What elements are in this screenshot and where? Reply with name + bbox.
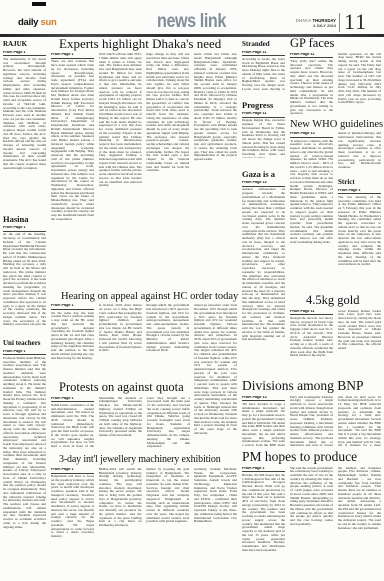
article-gaza: Gaza is a From Page 12updated ambassador… — [242, 170, 285, 365]
story-column: Party and Gananagttar Andolon strongly o… — [290, 396, 333, 446]
headline-stranded: Stranded — [242, 41, 285, 49]
story-column: the landless and homeless people. Five d… — [338, 467, 381, 577]
page-number-divider — [339, 13, 340, 32]
article-uni-teachers: Uni teachers From Page 1Professor Shaful… — [3, 340, 46, 568]
frompage-rajuk: From Page 1 — [3, 51, 46, 57]
headline-gold: 4.5kg gold — [290, 294, 381, 308]
story-column: From Page 1On the same day, the state co… — [51, 304, 94, 380]
story-column: From Page 11Deepak Ranjan Das, executive… — [242, 112, 285, 158]
article-jewellery: 3-day int'l jewellery machinery exhibiti… — [51, 455, 237, 576]
page-number: 11 — [344, 9, 367, 35]
story-column: From Page 11'They (GP) don't utilise the… — [290, 53, 333, 116]
story-column: nation of pharmacotherapy and behavioura… — [338, 132, 381, 170]
frompage-gold: From Page 11 — [290, 310, 333, 316]
frompage-experts: From Page 1 — [51, 53, 94, 59]
story-column: Meanwhile, the students of Jahangirnagar… — [99, 397, 142, 449]
article-gold: 4.5kg gold From Page 11through the aircr… — [290, 294, 381, 370]
article-bnp: Divisions among BNP From Page 12'We have… — [242, 379, 381, 446]
frompage-who: From Page 12 — [290, 132, 333, 138]
story-column: From Page 1The last meeting of the execu… — [338, 189, 381, 278]
dateline-date: 4 JULY 2024 — [288, 23, 336, 28]
brand-sun: sun — [41, 17, 57, 28]
story-column: From Page 1There are new avenues that ha… — [51, 53, 94, 289]
story-column: From Page 11According to locals, the wat… — [242, 51, 285, 92]
story-column: turned an executive order from November … — [194, 304, 237, 452]
frompage-gaza: From Page 12 — [242, 181, 285, 187]
headline-who: New WHO guidelines — [290, 119, 381, 130]
story-column: 2023 which will last until 2033, I think… — [99, 53, 142, 289]
headline-gp-faces: GP faces — [290, 37, 381, 51]
headline-jewellery: 3-day int'l jewellery machinery exhibiti… — [51, 455, 237, 466]
frompage-strict: From Page 1 — [338, 189, 381, 195]
dateline-city: DHAKA — [296, 18, 312, 23]
story-column: From Page 11through the aircraft, two he… — [290, 310, 333, 370]
headline-experts: Experts highlight Dhaka's need — [51, 37, 237, 51]
headline-bnp: Divisions among BNP — [242, 379, 381, 394]
story-column: in October 2018. After almost six years,… — [99, 304, 142, 380]
story-column: From Page 1Professor Shaful Alam Bhuiyan… — [3, 350, 46, 568]
story-column: From Page 1Nahid Islam, coordinator of t… — [51, 397, 94, 449]
frompage-hasina: From Page 1 — [3, 226, 46, 232]
frompage-hearing: From Page 1 — [51, 304, 94, 310]
story-column: needs China but China also needs Banglad… — [194, 53, 237, 289]
article-stranded: Stranded From Page 11According to locals… — [242, 41, 285, 92]
story-column: BMEA-2024 will enrich the Bangladesh jew… — [99, 468, 142, 576]
article-gp-faces: GP faces From Page 11'They (GP) don't ut… — [290, 37, 381, 116]
story-column: through which the government had introdu… — [146, 304, 189, 380]
article-hasina: Hasina From Page 1At the end of the meet… — [3, 215, 46, 326]
story-column: mobile operators on the call drop issue.… — [338, 53, 381, 116]
story-column: From Page 1Bangladesh will have to focus… — [51, 468, 94, 576]
story-column: From Page 12updated ambassadors on progr… — [242, 181, 285, 365]
headline-gaza: Gaza is a — [242, 170, 285, 179]
story-column: From Page 1The authenticity of the asset… — [3, 51, 46, 201]
story-column: From Page 1Besides, the PM hoped that th… — [242, 467, 285, 577]
frompage-gp-faces: From Page 11 — [290, 53, 333, 59]
article-pm: PM hopes to produce From Page 1Besides, … — [242, 450, 381, 577]
story-column: Germany, Solanki Mechanic Works, Inc Cor… — [194, 468, 237, 576]
headline-pm: PM hopes to produce — [242, 450, 381, 465]
story-column: She said the current government has rele… — [290, 467, 333, 577]
story-column: tion must be held soon.' In formal meeti… — [338, 396, 381, 446]
article-protests: Protests on against quota From Page 1Nah… — [51, 381, 190, 449]
frompage-pm: From Page 1 — [242, 467, 285, 473]
headline-protests: Protests on against quota — [51, 381, 190, 395]
headline-hearing: Hearing on appeal against HC order today — [51, 291, 237, 302]
story-column: Later they brought out a procession from… — [147, 397, 190, 449]
dateline-day: THURSDAY — [313, 18, 336, 23]
story-column: huge change as they will not need more t… — [146, 53, 189, 289]
article-progress: Progress From Page 11Deepak Ranjan Das, … — [242, 101, 285, 158]
story-column: rector Pradeep Kumar Sarkar said. Later,… — [338, 310, 381, 370]
story-column: From Page 12'We have decided to wage a s… — [242, 396, 285, 446]
headline-rajuk: RAJUK — [3, 41, 46, 49]
headline-hasina: Hasina — [3, 215, 46, 224]
frompage-uni-teachers: From Page 1 — [3, 350, 46, 356]
frompage-progress: From Page 11 — [242, 112, 285, 118]
story-column: From Page 1At the end of the meeting, Se… — [3, 226, 46, 326]
frompage-bnp: From Page 12 — [242, 396, 285, 402]
article-experts: Experts highlight Dhaka's need From Page… — [51, 37, 237, 289]
article-strict: Strict From Page 1The last meeting of th… — [338, 179, 381, 278]
newspaper-page: daily sun news link DHAKA THURSDAY 4 JUL… — [0, 0, 384, 581]
story-column: From Page 12'It empowers countries with … — [290, 132, 333, 290]
headline-progress: Progress — [242, 101, 285, 110]
daily-sun-logo: daily sun — [18, 17, 57, 28]
brand-daily: daily — [18, 17, 38, 28]
dateline: DHAKA THURSDAY 4 JULY 2024 — [288, 18, 336, 29]
headline-uni-teachers: Uni teachers — [3, 340, 46, 348]
headline-strict: Strict — [338, 179, 381, 187]
registration-mark — [32, 2, 46, 6]
frompage-jewellery: From Page 1 — [51, 468, 94, 474]
story-column: market by boosting the gold industry of … — [146, 468, 189, 576]
frompage-protests: From Page 1 — [51, 397, 94, 403]
section-title: news link — [157, 11, 226, 33]
frompage-stranded: From Page 11 — [242, 51, 285, 57]
article-rajuk: RAJUK From Page 1The authenticity of the… — [3, 41, 46, 201]
